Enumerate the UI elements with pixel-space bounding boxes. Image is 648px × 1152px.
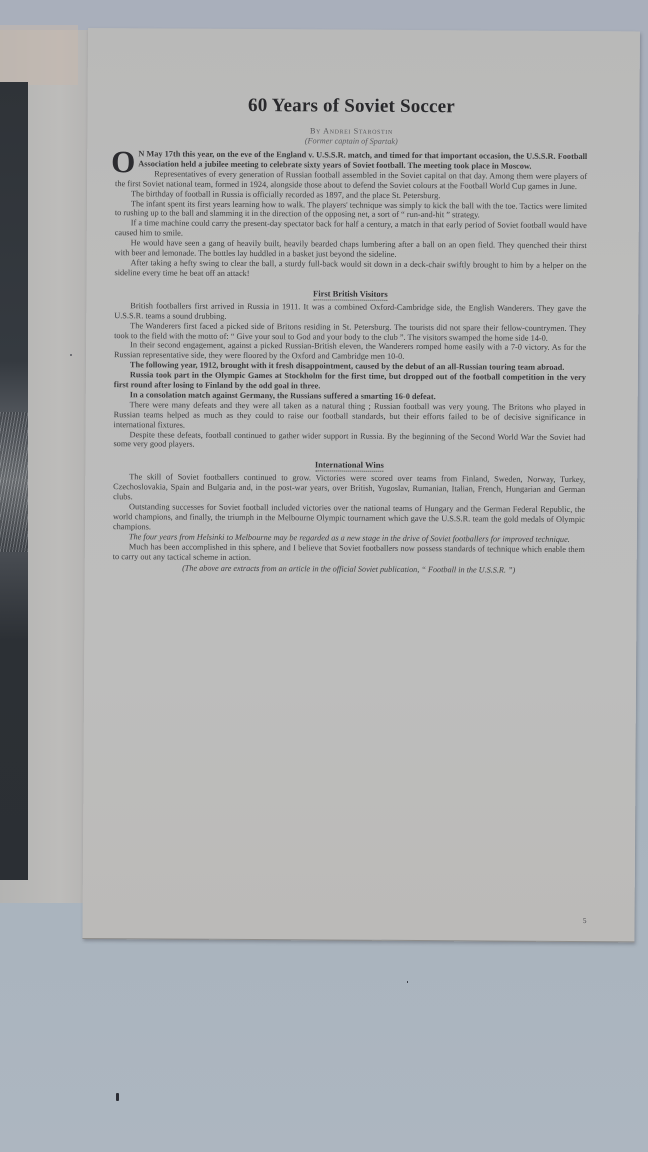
section-international-wins: The skill of Soviet footballers continue…: [113, 473, 586, 565]
dust-speck: [70, 354, 72, 356]
left-page-tint: [0, 25, 78, 85]
page-number: 5: [583, 916, 587, 925]
article-title: 60 Years of Soviet Soccer: [115, 94, 587, 119]
drop-cap: O: [111, 150, 135, 174]
section-first-british-visitors: British footballers first arrived in Rus…: [113, 301, 586, 452]
section-heading-international-wins: International Wins: [113, 459, 585, 472]
article-byline-role: (Former captain of Spartak): [115, 135, 587, 148]
article-paragraph: British footballers first arrived in Rus…: [114, 301, 586, 324]
article-paragraph: Much has been accomplished in this spher…: [113, 542, 585, 565]
article-paragraph: Representatives of every generation of R…: [115, 169, 587, 192]
magazine-page: 60 Years of Soviet Soccer By Andrei Star…: [82, 28, 640, 942]
article: 60 Years of Soviet Soccer By Andrei Star…: [113, 94, 588, 575]
intro-paragraph: ON May 17th this year, on the eve of the…: [115, 149, 587, 172]
article-paragraph: Outstanding successes for Soviet footbal…: [113, 502, 585, 535]
dust-speck: [407, 981, 408, 983]
intro-text: N May 17th this year, on the eve of the …: [138, 149, 587, 170]
dust-speck: [116, 1093, 119, 1101]
photo-striped-garment: [0, 412, 28, 552]
photo-edge-image: [0, 82, 28, 880]
intro-paragraphs: Representatives of every generation of R…: [114, 169, 587, 281]
article-paragraph: Russia took part in the Olympic Games at…: [114, 370, 586, 393]
article-paragraph: Despite these defeats, football continue…: [113, 430, 585, 453]
section-heading-first-british-visitors: First British Visitors: [114, 287, 586, 300]
article-paragraph: There were many defeats and they were al…: [114, 400, 586, 433]
article-paragraph: After taking a hefty swing to clear the …: [114, 258, 586, 281]
article-paragraph: The skill of Soviet footballers continue…: [113, 473, 585, 506]
source-note: (The above are extracts from an article …: [113, 563, 585, 576]
